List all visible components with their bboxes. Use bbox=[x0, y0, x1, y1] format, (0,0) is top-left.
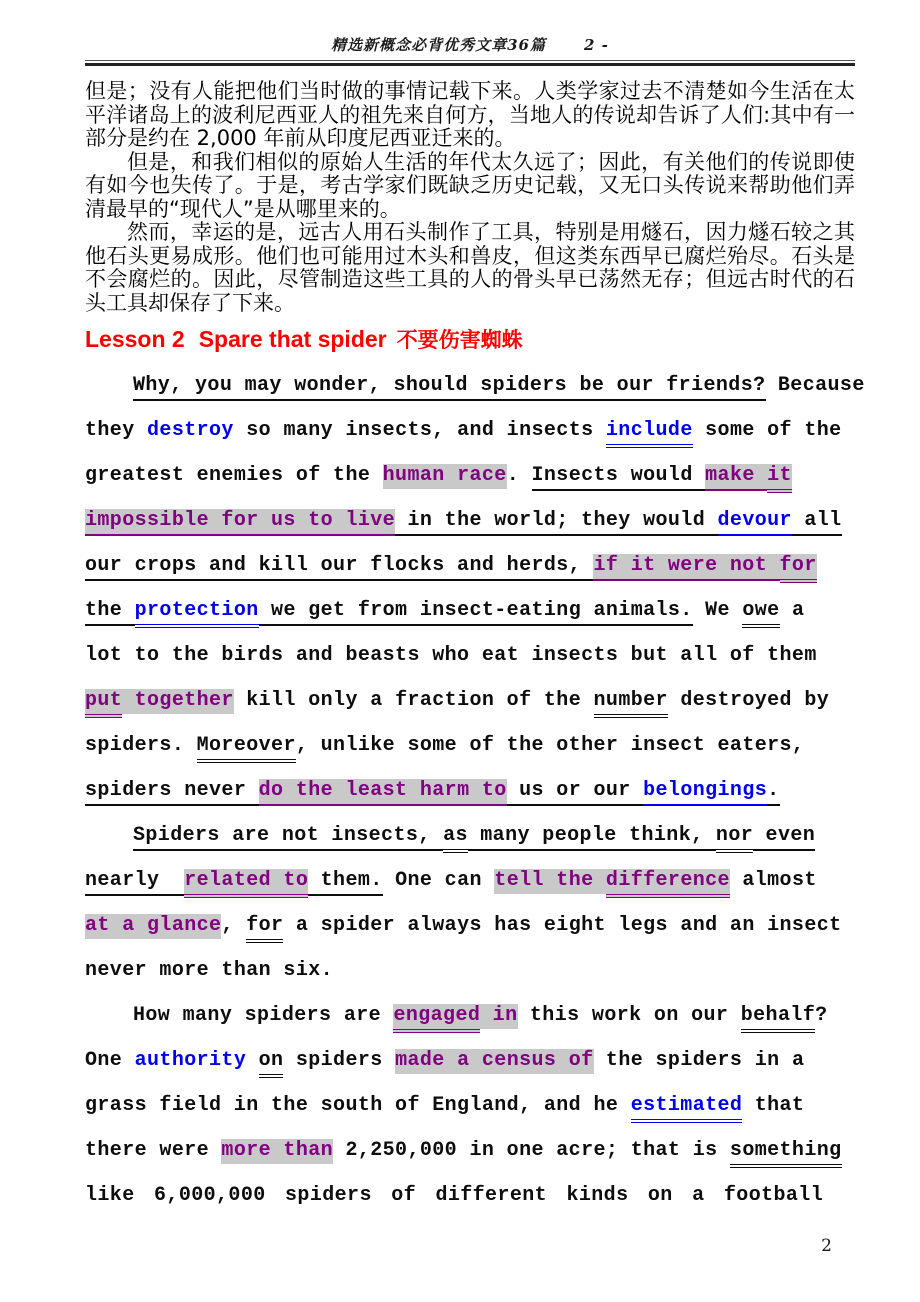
text-run bbox=[246, 1049, 258, 1074]
text-run: estimated bbox=[631, 1094, 743, 1123]
english-line: never more than six. bbox=[85, 951, 855, 996]
text-run: Why, you may wonder, should spiders be o… bbox=[133, 374, 766, 401]
text-run: some of the bbox=[693, 419, 842, 444]
english-line: at a glance, for a spider always has eig… bbox=[85, 906, 855, 951]
text-run: do the least harm to bbox=[259, 779, 507, 806]
text-run: them. bbox=[308, 869, 382, 896]
text-run: engaged bbox=[393, 1004, 480, 1033]
text-run: Moreover bbox=[197, 734, 296, 763]
text-run: the bbox=[85, 599, 135, 626]
text-run: us or our bbox=[507, 779, 643, 806]
lesson-heading: Lesson 2Spare that spider不要伤害蜘蛛 bbox=[85, 324, 855, 354]
text-run: We bbox=[693, 599, 743, 624]
text-run: Because bbox=[766, 374, 865, 399]
text-run: . bbox=[507, 464, 532, 489]
page-header: 精选新概念必背优秀文章36篇 2 - bbox=[85, 34, 855, 55]
english-line: put together kill only a fraction of the… bbox=[85, 681, 855, 726]
english-section: Why, you may wonder, should spiders be o… bbox=[85, 366, 855, 1221]
english-line: greatest enemies of the human race. Inse… bbox=[85, 456, 855, 501]
text-run: more than bbox=[221, 1139, 333, 1164]
text-run: How many spiders are bbox=[133, 1004, 393, 1029]
text-run: human race bbox=[383, 464, 507, 489]
text-run: for bbox=[780, 554, 817, 583]
text-run: owe bbox=[742, 599, 779, 628]
text-run: 2,250,000 in one acre; that is bbox=[333, 1139, 730, 1164]
text-run: at a glance bbox=[85, 914, 221, 939]
text-run: lot to the birds and beasts who eat inse… bbox=[85, 644, 817, 669]
english-line: grass field in the south of England, and… bbox=[85, 1086, 855, 1131]
english-line: like 6,000,000 spiders of different kind… bbox=[85, 1176, 855, 1221]
text-run: ? bbox=[815, 1004, 827, 1029]
text-run: there were bbox=[85, 1139, 221, 1164]
text-run: that bbox=[742, 1094, 804, 1119]
text-run: make bbox=[705, 464, 767, 491]
text-run: greatest enemies of the bbox=[85, 464, 383, 489]
text-run: nor bbox=[716, 824, 753, 853]
text-run: all bbox=[792, 509, 842, 536]
text-run: a bbox=[780, 599, 805, 624]
text-run: authority bbox=[135, 1049, 247, 1074]
text-run: spiders never bbox=[85, 779, 259, 806]
english-line: there were more than 2,250,000 in one ac… bbox=[85, 1131, 855, 1176]
text-run: One can bbox=[383, 869, 495, 894]
text-run: nearly bbox=[85, 869, 184, 896]
english-line: spiders. Moreover, unlike some of the ot… bbox=[85, 726, 855, 771]
text-run: One bbox=[85, 1049, 135, 1074]
text-run: as bbox=[443, 824, 468, 853]
text-run: something bbox=[730, 1139, 842, 1168]
text-run: this work on our bbox=[518, 1004, 741, 1029]
text-run: a spider always has eight legs and an in… bbox=[283, 914, 841, 939]
text-run: together bbox=[122, 689, 234, 714]
text-run: difference bbox=[606, 869, 730, 898]
text-run: include bbox=[606, 419, 693, 448]
lesson-label: Lesson 2 bbox=[85, 326, 185, 352]
text-run: almost bbox=[730, 869, 817, 894]
english-line: our crops and kill our flocks and herds,… bbox=[85, 546, 855, 591]
english-line: lot to the birds and beasts who eat inse… bbox=[85, 636, 855, 681]
text-run: related to bbox=[184, 869, 308, 898]
english-line: the protection we get from insect-eating… bbox=[85, 591, 855, 636]
text-run: never more than six. bbox=[85, 959, 333, 984]
text-run: so many insects, and insects bbox=[234, 419, 606, 444]
page-number: 2 bbox=[821, 1236, 832, 1256]
chinese-section: 但是；没有人能把他们当时做的事情记载下来。人类学家过去不清楚如今生活在太平洋诸岛… bbox=[85, 80, 855, 315]
chinese-paragraph: 然而，幸运的是，远古人用石头制作了工具，特别是用燧石，因力燧石较之其他石头更易成… bbox=[85, 221, 855, 315]
english-line: Why, you may wonder, should spiders be o… bbox=[85, 366, 855, 411]
text-run: like 6,000,000 spiders of different kind… bbox=[85, 1184, 823, 1209]
text-run: even bbox=[753, 824, 815, 851]
english-line: How many spiders are engaged in this wor… bbox=[85, 996, 855, 1041]
text-run: the spiders in a bbox=[594, 1049, 805, 1074]
chinese-paragraph: 但是，和我们相似的原始人生活的年代太久远了；因此，有关他们的传说即使有如今也失传… bbox=[85, 151, 855, 222]
text-run: many people think, bbox=[468, 824, 716, 851]
text-run: , unlike some of the other insect eaters… bbox=[296, 734, 804, 759]
text-run: put bbox=[85, 689, 122, 718]
text-run: in bbox=[480, 1004, 517, 1029]
text-run: behalf bbox=[741, 1004, 815, 1033]
english-line: they destroy so many insects, and insect… bbox=[85, 411, 855, 456]
english-line: spiders never do the least harm to us or… bbox=[85, 771, 855, 816]
text-run: grass field in the south of England, and… bbox=[85, 1094, 631, 1119]
english-line: Spiders are not insects, as many people … bbox=[85, 816, 855, 861]
text-run: destroy bbox=[147, 419, 234, 444]
text-run: tell the bbox=[494, 869, 606, 894]
text-run: number bbox=[594, 689, 668, 718]
text-run: belongings bbox=[643, 779, 767, 806]
header-page-marker: 2 - bbox=[584, 36, 609, 54]
text-run: Insects would bbox=[532, 464, 706, 491]
text-run: our crops and kill our flocks and herds, bbox=[85, 554, 593, 581]
header-rule bbox=[85, 60, 855, 66]
lesson-title-en: Spare that spider bbox=[199, 326, 387, 352]
text-run: spiders bbox=[283, 1049, 395, 1074]
lesson-title-zh: 不要伤害蜘蛛 bbox=[397, 328, 523, 352]
text-run: spiders. bbox=[85, 734, 197, 759]
text-run: protection bbox=[135, 599, 259, 628]
text-run: devour bbox=[718, 509, 792, 536]
text-run: for bbox=[246, 914, 283, 943]
english-line: impossible for us to live in the world; … bbox=[85, 501, 855, 546]
text-run: they bbox=[85, 419, 147, 444]
text-run: destroyed by bbox=[668, 689, 829, 714]
english-line: One authority on spiders made a census o… bbox=[85, 1041, 855, 1086]
text-run: it bbox=[767, 464, 792, 493]
english-line: nearly related to them. One can tell the… bbox=[85, 861, 855, 906]
document-page: 精选新概念必背优秀文章36篇 2 - 但是；没有人能把他们当时做的事情记载下来。… bbox=[0, 0, 920, 1221]
text-run: , bbox=[221, 914, 246, 939]
chinese-paragraph: 但是；没有人能把他们当时做的事情记载下来。人类学家过去不清楚如今生活在太平洋诸岛… bbox=[85, 80, 855, 151]
text-run: in the world; they would bbox=[395, 509, 717, 536]
text-run: . bbox=[767, 779, 779, 806]
text-run: kill only a fraction of the bbox=[234, 689, 594, 714]
text-run: impossible for us to live bbox=[85, 509, 395, 536]
header-title: 精选新概念必背优秀文章36篇 bbox=[331, 34, 546, 55]
text-run: made a census of bbox=[395, 1049, 593, 1074]
text-run: Spiders are not insects, bbox=[133, 824, 443, 851]
text-run: we get from insect-eating animals. bbox=[259, 599, 693, 626]
text-run: on bbox=[259, 1049, 284, 1078]
text-run: if it were not bbox=[593, 554, 779, 581]
